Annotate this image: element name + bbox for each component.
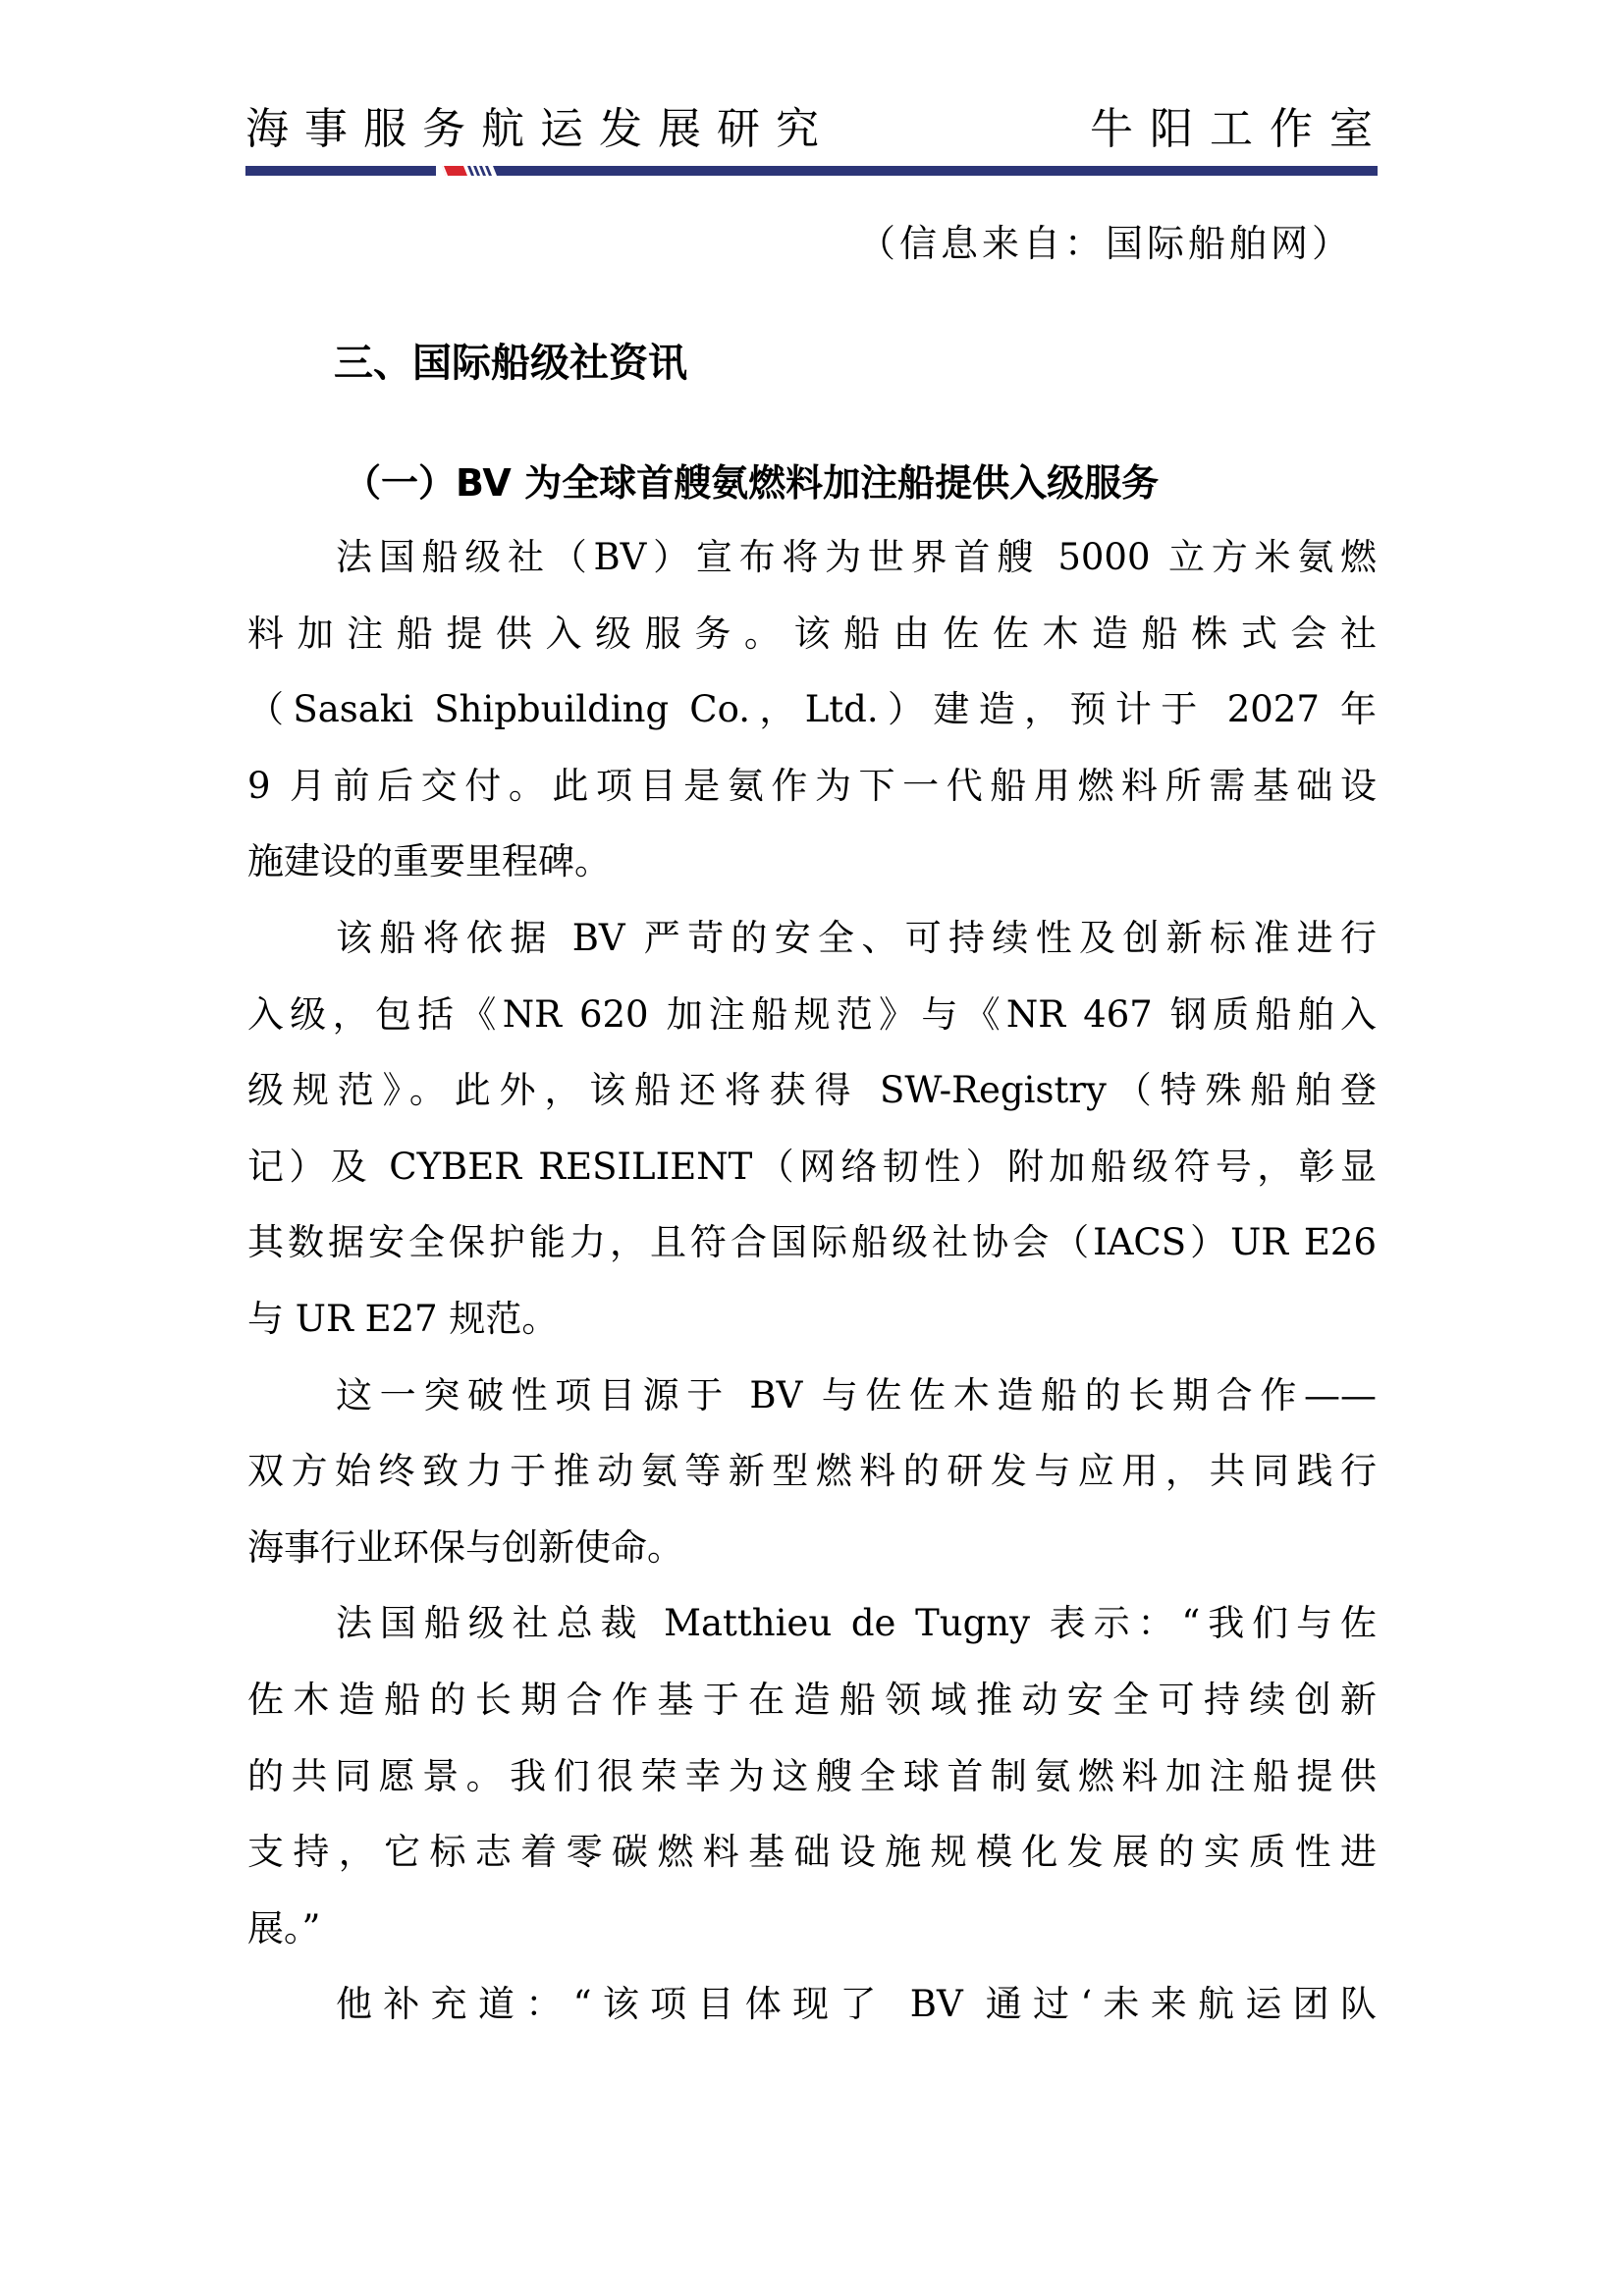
- paragraph-3-line: 双方始终致力于推动氨等新型燃料的研发与应用，共同践行: [247, 1448, 1377, 1524]
- paragraph-4-line: 法国船级社总裁 Matthieu de Tugny 表示：“我们与佐: [247, 1600, 1377, 1677]
- paragraph-1-line: 料加注船提供入级服务。该船由佐佐木造船株式会社: [247, 611, 1377, 687]
- header-divider-bar: [245, 166, 1378, 176]
- source-note: （信息来自：国际船舶网）: [858, 220, 1353, 267]
- header-studio-name: 牛阳工作室: [1090, 102, 1389, 157]
- paragraph-5-line: 他补充道：“该项目体现了 BV 通过‘未来航运团队: [247, 1981, 1377, 2057]
- paragraph-1-line: 9 月前后交付。此项目是氨作为下一代船用燃料所需基础设: [247, 763, 1377, 839]
- subsection-heading: （一）BV 为全球首艘氨燃料加注船提供入级服务: [344, 455, 1159, 510]
- header-publication-title: 海事服务航运发展研究: [245, 102, 835, 157]
- paragraph-1-line: 施建设的重要里程碑。: [247, 838, 1377, 915]
- paragraph-1-line: 法国船级社（BV）宣布将为世界首艘 5000 立方米氨燃: [247, 534, 1377, 611]
- paragraph-2-line: 该船将依据 BV 严苛的安全、可持续性及创新标准进行: [247, 915, 1377, 991]
- paragraph-4-line: 的共同愿景。我们很荣幸为这艘全球首制氨燃料加注船提供: [247, 1753, 1377, 1830]
- paragraph-2-line: 级规范》。此外，该船还将获得 SW-Registry（特殊船舶登: [247, 1067, 1377, 1144]
- paragraph-4-line: 展。”: [247, 1905, 1377, 1982]
- paragraph-4-line: 佐木造船的长期合作基于在造船领域推动安全可持续创新: [247, 1677, 1377, 1753]
- section-heading: 三、国际船级社资讯: [334, 336, 687, 391]
- paragraph-2-line: 其数据安全保护能力，且符合国际船级社协会（IACS）UR E26: [247, 1219, 1377, 1296]
- paragraph-4-line: 支持，它标志着零碳燃料基础设施规模化发展的实质性进: [247, 1829, 1377, 1905]
- paragraph-2-line: 记）及 CYBER RESILIENT（网络韧性）附加船级符号，彰显: [247, 1144, 1377, 1220]
- article-body: 法国船级社（BV）宣布将为世界首艘 5000 立方米氨燃 料加注船提供入级服务。…: [247, 534, 1377, 2057]
- paragraph-1-line: （Sasaki Shipbuilding Co.，Ltd.）建造，预计于 202…: [247, 686, 1377, 763]
- paragraph-2-line: 入级，包括《NR 620 加注船规范》与《NR 467 钢质船舶入: [247, 991, 1377, 1068]
- paragraph-2-line: 与 UR E27 规范。: [247, 1296, 1377, 1372]
- paragraph-3-line: 海事行业环保与创新使命。: [247, 1524, 1377, 1601]
- document-page: 海事服务航运发展研究 牛阳工作室 （信息来自：国际船舶网） 三、国际船级社资讯 …: [0, 0, 1624, 2296]
- paragraph-3-line: 这一突破性项目源于 BV 与佐佐木造船的长期合作——: [247, 1372, 1377, 1449]
